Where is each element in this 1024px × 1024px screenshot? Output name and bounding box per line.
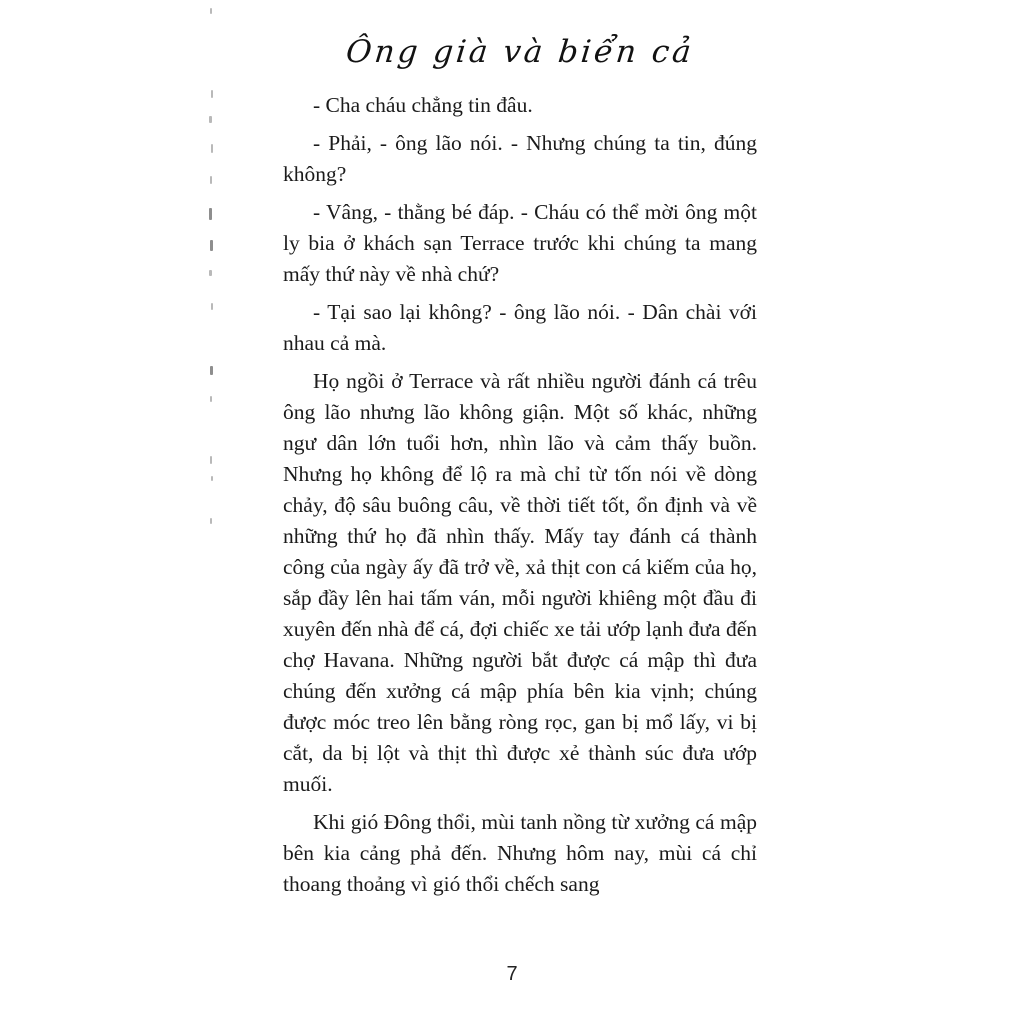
scan-artifact (210, 518, 212, 524)
page-title: Ông già và biển cả (281, 34, 759, 70)
scan-artifact (209, 116, 212, 123)
scan-artifact (211, 144, 213, 153)
scan-artifact (211, 476, 213, 481)
scan-artifact (211, 303, 213, 310)
scan-artifact (210, 240, 213, 251)
body-paragraph: - Cha cháu chẳng tin đâu. (283, 90, 757, 121)
scan-artifact (210, 396, 212, 402)
scan-artifact (211, 90, 213, 98)
body-text-block: - Cha cháu chẳng tin đâu. - Phải, - ông … (283, 90, 757, 907)
book-page: Ông già và biển cả - Cha cháu chẳng tin … (0, 0, 1024, 1024)
body-paragraph: Họ ngồi ở Terrace và rất nhiều người đán… (283, 366, 757, 800)
body-paragraph: Khi gió Đông thổi, mùi tanh nồng từ xưởn… (283, 807, 757, 900)
page-number: 7 (0, 963, 1024, 986)
scan-artifact (210, 366, 213, 375)
body-paragraph: - Tại sao lại không? - ông lão nói. - Dâ… (283, 297, 757, 359)
scan-artifact (209, 208, 212, 220)
body-paragraph: - Phải, - ông lão nói. - Nhưng chúng ta … (283, 128, 757, 190)
scan-artifact (210, 176, 212, 184)
scan-artifact (209, 270, 212, 276)
scan-artifact (210, 456, 212, 464)
scan-artifact (210, 8, 212, 14)
body-paragraph: - Vâng, - thằng bé đáp. - Cháu có thể mờ… (283, 197, 757, 290)
